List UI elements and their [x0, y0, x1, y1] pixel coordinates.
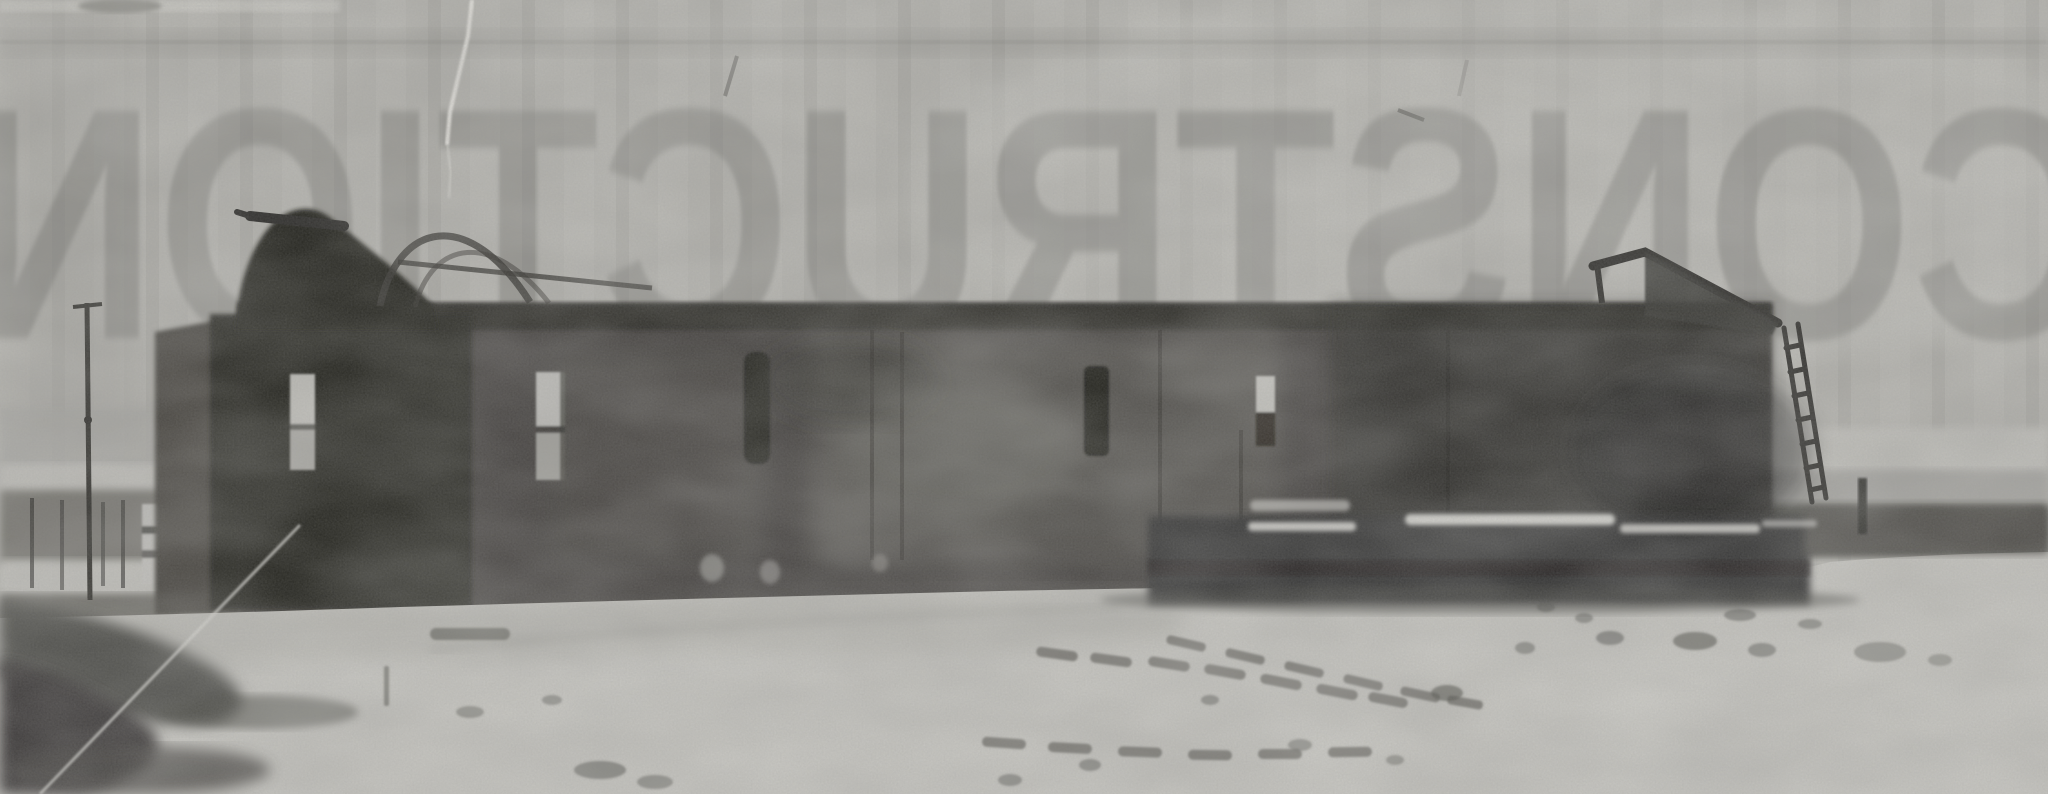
- grain-overlay: [0, 0, 2048, 794]
- newspaper-photo: CONSTRUCTION: [0, 0, 2048, 794]
